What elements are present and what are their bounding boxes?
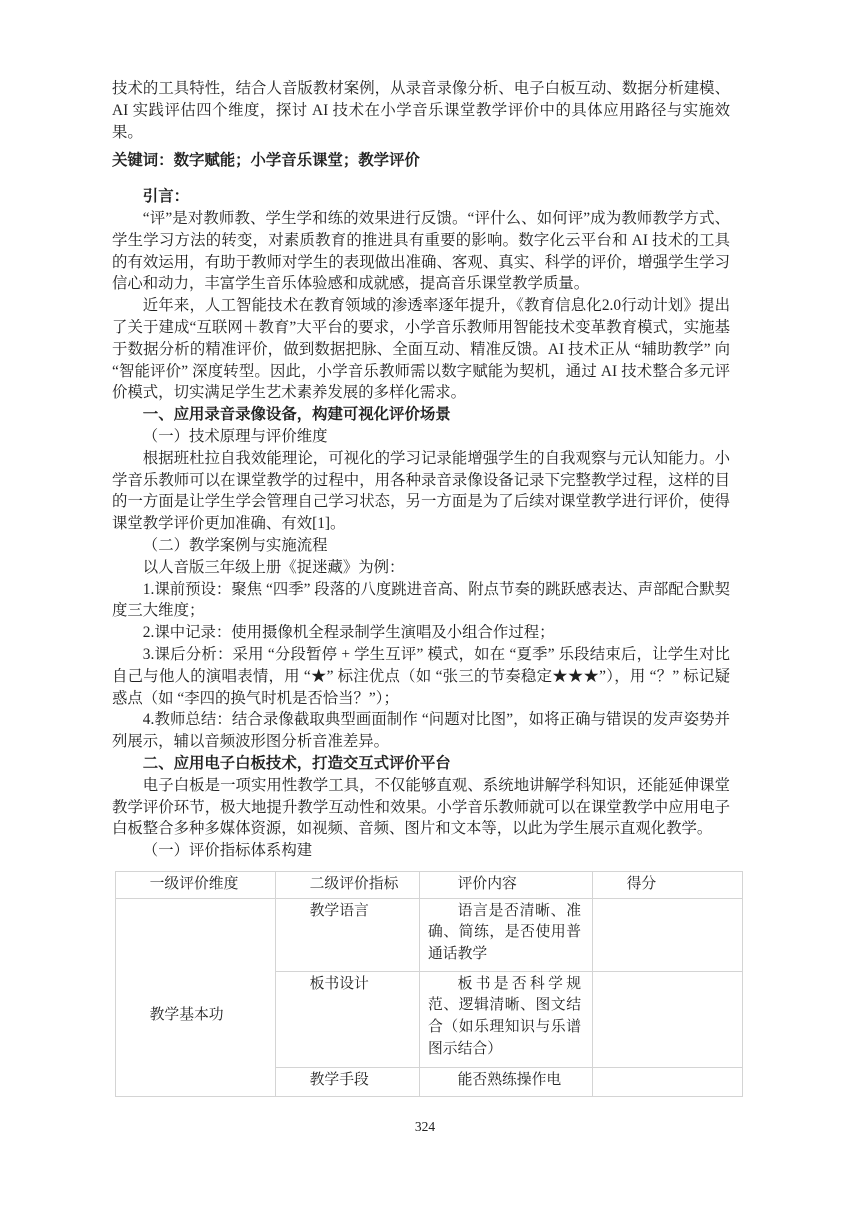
cell-indicator: 教学手段 bbox=[276, 1067, 420, 1096]
header-score: 得分 bbox=[593, 871, 743, 898]
section2-sub1-heading: （一）评价指标体系构建 bbox=[112, 840, 730, 862]
cell-score bbox=[593, 898, 743, 971]
section2-paragraph: 电子白板是一项实用性教学工具，不仅能够直观、系统地讲解学科知识，还能延伸课堂教学… bbox=[112, 775, 730, 840]
evaluation-indicator-table: 一级评价维度 二级评价指标 评价内容 得分 教学基本功 教学语言 语言是否清晰、… bbox=[115, 871, 743, 1097]
intro-heading: 引言： bbox=[112, 186, 730, 208]
step-item-3: 3.课后分析：采用 “分段暂停 + 学生互评” 模式，如在 “夏季” 乐段结束后… bbox=[112, 644, 730, 709]
section1-sub1-paragraph: 根据班杜拉自我效能理论，可视化的学习记录能增强学生的自我观察与元认知能力。小学音… bbox=[112, 448, 730, 535]
page-number: 324 bbox=[0, 1119, 850, 1135]
cell-content: 能否熟练操作电 bbox=[420, 1067, 593, 1096]
cell-score bbox=[593, 1067, 743, 1096]
header-primary-dimension: 一级评价维度 bbox=[116, 871, 276, 898]
header-secondary-indicator: 二级评价指标 bbox=[276, 871, 420, 898]
section2-heading: 二、应用电子白板技术，打造交互式评价平台 bbox=[112, 753, 730, 775]
section1-sub2-intro: 以人音版三年级上册《捉迷藏》为例： bbox=[112, 557, 730, 579]
step-item-2: 2.课中记录：使用摄像机全程录制学生演唱及小组合作过程； bbox=[112, 622, 730, 644]
section1-sub1-heading: （一）技术原理与评价维度 bbox=[112, 426, 730, 448]
section1-heading: 一、应用录音录像设备，构建可视化评价场景 bbox=[112, 404, 730, 426]
cell-score bbox=[593, 971, 743, 1067]
section1-sub2-heading: （二）教学案例与实施流程 bbox=[112, 535, 730, 557]
step-item-1: 1.课前预设：聚焦 “四季” 段落的八度跳进音高、附点节奏的跳跃感表达、声部配合… bbox=[112, 579, 730, 623]
intro-paragraph-2: 近年来，人工智能技术在教育领域的渗透率逐年提升，《教育信息化2.0行动计划》提出… bbox=[112, 295, 730, 404]
cell-content: 板书是否科学规范、逻辑清晰、图文结合（如乐理知识与乐谱图示结合） bbox=[420, 971, 593, 1067]
table-header-row: 一级评价维度 二级评价指标 评价内容 得分 bbox=[116, 871, 743, 898]
document-page: { "page": { "footer_page_number": "324" … bbox=[0, 0, 850, 1205]
cell-primary-dimension: 教学基本功 bbox=[116, 898, 276, 1096]
step-item-4: 4.教师总结：结合录像截取典型画面制作 “问题对比图”，如将正确与错误的发声姿势… bbox=[112, 709, 730, 753]
keywords-line: 关键词：数字赋能；小学音乐课堂；教学评价 bbox=[112, 150, 730, 172]
cell-indicator: 板书设计 bbox=[276, 971, 420, 1067]
intro-paragraph-1: “评”是对教师教、学生学和练的效果进行反馈。“评什么、如何评”成为教师教学方式、… bbox=[112, 208, 730, 295]
table-row: 教学基本功 教学语言 语言是否清晰、准确、简练，是否使用普通话教学 bbox=[116, 898, 743, 971]
cell-content: 语言是否清晰、准确、简练，是否使用普通话教学 bbox=[420, 898, 593, 971]
header-evaluation-content: 评价内容 bbox=[420, 871, 593, 898]
cell-indicator: 教学语言 bbox=[276, 898, 420, 971]
article-body: 技术的工具特性，结合人音版教材案例，从录音录像分析、电子白板互动、数据分析建模、… bbox=[112, 78, 730, 1097]
continuation-paragraph: 技术的工具特性，结合人音版教材案例，从录音录像分析、电子白板互动、数据分析建模、… bbox=[112, 78, 730, 143]
